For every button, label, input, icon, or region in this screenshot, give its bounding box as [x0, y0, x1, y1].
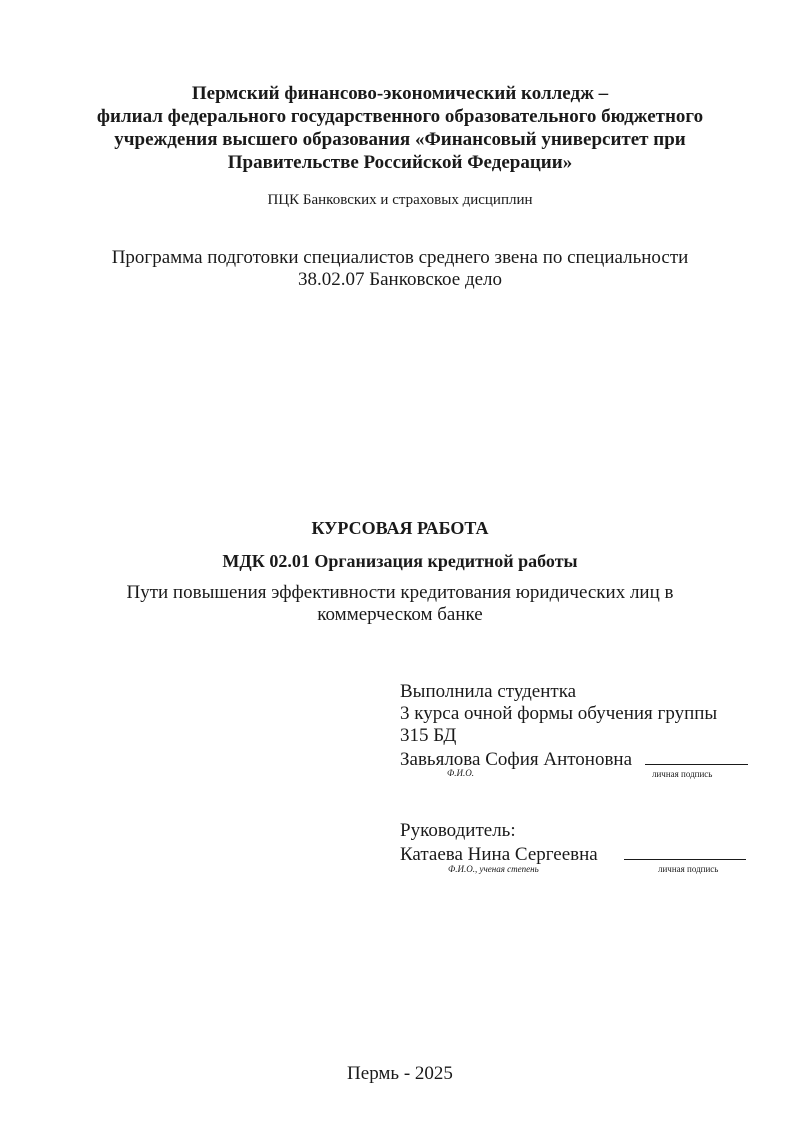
- student-line: 315 БД: [400, 725, 748, 747]
- institution-line: филиал федерального государственного обр…: [0, 105, 800, 128]
- program-line: Программа подготовки специалистов средне…: [0, 247, 800, 269]
- supervisor-name: Катаева Нина Сергеевна: [400, 844, 598, 865]
- student-block: Выполнила студентка 3 курса очной формы …: [400, 681, 748, 771]
- topic-line: коммерческом банке: [0, 604, 800, 626]
- institution-line: Правительстве Российской Федерации»: [0, 151, 800, 174]
- institution-heading: Пермский финансово-экономический колледж…: [0, 82, 800, 174]
- student-name: Завьялова София Антоновна: [400, 749, 632, 770]
- institution-line: учреждения высшего образования «Финансов…: [0, 128, 800, 151]
- supervisor-label: Руководитель:: [400, 820, 746, 842]
- supervisor-signature-caption: личная подпись: [658, 864, 718, 875]
- student-signature-caption: личная подпись: [652, 769, 712, 780]
- work-topic: Пути повышения эффективности кредитовани…: [0, 582, 800, 626]
- supervisor-name-row: Катаева Нина Сергеевна: [400, 842, 746, 866]
- student-name-caption: Ф.И.О.: [447, 768, 474, 779]
- supervisor-name-caption: Ф.И.О., ученая степень: [448, 864, 539, 875]
- program: Программа подготовки специалистов средне…: [0, 247, 800, 291]
- student-signature-line: [645, 747, 748, 765]
- student-line: 3 курса очной формы обучения группы: [400, 703, 748, 725]
- work-type-title: КУРСОВАЯ РАБОТА: [0, 517, 800, 539]
- student-line: Выполнила студентка: [400, 681, 748, 703]
- topic-line: Пути повышения эффективности кредитовани…: [0, 582, 800, 604]
- city-year: Пермь - 2025: [0, 1063, 800, 1085]
- discipline-title: МДК 02.01 Организация кредитной работы: [0, 550, 800, 572]
- supervisor-signature-line: [624, 842, 746, 860]
- supervisor-block: Руководитель: Катаева Нина Сергеевна: [400, 820, 746, 866]
- program-line: 38.02.07 Банковское дело: [0, 269, 800, 291]
- department: ПЦК Банковских и страховых дисциплин: [0, 191, 800, 209]
- institution-line: Пермский финансово-экономический колледж…: [0, 82, 800, 105]
